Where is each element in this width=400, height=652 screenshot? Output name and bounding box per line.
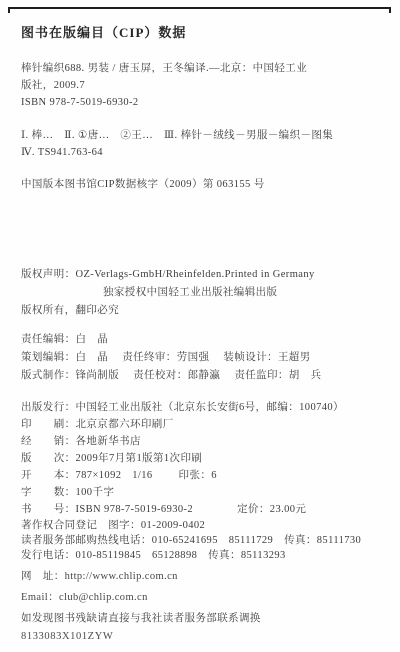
edition-line: 版 次：2009年7月第1版第1次印刷 — [21, 450, 386, 467]
cip-description-line2: 版社，2009.7 — [21, 77, 386, 94]
registration-line: 著作权合同登记 图字：01-2009-0402 — [21, 518, 386, 533]
book-number-value: 书 号：ISBN 978-7-5019-6930-2 — [21, 501, 193, 518]
print-supervisor: 责任监印：胡 兵 — [234, 367, 321, 385]
replacement-notice: 如发现图书残缺请直接与我社读者服务部联系调换 — [21, 608, 386, 629]
contact-block: 著作权合同登记 图字：01-2009-0402 读者服务部邮购热线电话：010-… — [21, 518, 386, 563]
distribution-phone: 发行电话：010-85119845 65128898 传真：85113293 — [21, 548, 386, 563]
proofreader: 责任校对：郎静瀛 — [133, 367, 220, 385]
printer-line: 印 刷：北京京都六环印刷厂 — [21, 416, 386, 433]
book-copyright-page: 图书在版编目（CIP）数据 棒针编织688. 男装 / 唐玉屏，王冬编译.—北京… — [0, 0, 400, 652]
colophon-block: 出版发行：中国轻工业出版社（北京东长安街6号，邮编：100740） 印 刷：北京… — [21, 399, 386, 563]
web-contact-block: 网 址：http://www.chlip.com.cn Email：club@c… — [21, 566, 386, 644]
cip-classification-block: Ⅰ. 棒… Ⅱ. ①唐… ②王… Ⅲ. 棒针－绒线－男服－编织－图集 Ⅳ. TS… — [21, 127, 386, 161]
chief-editor: 责任编辑：白 晶 — [21, 331, 108, 349]
price-value: 定价：23.00元 — [237, 501, 306, 518]
print-code: 8133083X101ZYW — [21, 629, 386, 644]
email-line: Email：club@chlip.com.cn — [21, 587, 386, 608]
copyright-authorization: 独家授权中国轻工业出版社编辑出版 — [21, 284, 386, 302]
rule-right-tick — [389, 9, 391, 13]
copyright-notice: 版权声明：OZ-Verlags-GmbH/Rheinfelden.Printed… — [21, 266, 386, 284]
mail-order-hotline: 读者服务部邮购热线电话：010-65241695 85111729 传真：851… — [21, 533, 386, 548]
book-number-line: 书 号：ISBN 978-7-5019-6930-2 定价：23.00元 — [21, 501, 386, 518]
staff-row-3: 版式制作：锋尚制版 责任校对：郎静瀛 责任监印：胡 兵 — [21, 367, 386, 385]
layout-maker: 版式制作：锋尚制版 — [21, 367, 119, 385]
staff-row-2: 策划编辑：白 晶 责任终审：劳国强 装帧设计：王超男 — [21, 349, 386, 367]
cip-heading: 图书在版编目（CIP）数据 — [21, 24, 386, 42]
classification-line2: Ⅳ. TS941.763-64 — [21, 144, 386, 161]
word-count-line: 字 数：100千字 — [21, 484, 386, 501]
rights-reserved: 版权所有，翻印必究 — [21, 302, 386, 320]
format-line: 开 本：787×1092 1/16 印张：6 — [21, 467, 386, 484]
rule-left-tick — [8, 9, 10, 13]
classification-line1: Ⅰ. 棒… Ⅱ. ①唐… ②王… Ⅲ. 棒针－绒线－男服－编织－图集 — [21, 127, 386, 144]
distributor-line: 经 销：各地新华书店 — [21, 433, 386, 450]
cip-description-line1: 棒针编织688. 男装 / 唐玉屏，王冬编译.—北京：中国轻工业 — [21, 60, 386, 77]
final-reviewer: 责任终审：劳国强 — [122, 349, 209, 367]
copyright-notice-block: 版权声明：OZ-Verlags-GmbH/Rheinfelden.Printed… — [21, 266, 386, 320]
isbn-line: ISBN 978-7-5019-6930-2 — [21, 94, 386, 111]
sheets-value: 印张：6 — [179, 467, 217, 484]
top-border-rule — [8, 7, 391, 9]
cip-record-number: 中国版本图书馆CIP数据核字（2009）第 063155 号 — [21, 176, 386, 193]
planning-editor: 策划编辑：白 晶 — [21, 349, 108, 367]
staff-credits-block: 责任编辑：白 晶 策划编辑：白 晶 责任终审：劳国强 装帧设计：王超男 版式制作… — [21, 331, 386, 385]
website-line: 网 址：http://www.chlip.com.cn — [21, 566, 386, 587]
cip-record-block: 中国版本图书馆CIP数据核字（2009）第 063155 号 — [21, 176, 386, 193]
binding-designer: 装帧设计：王超男 — [223, 349, 310, 367]
staff-row-1: 责任编辑：白 晶 — [21, 331, 386, 349]
publisher-line: 出版发行：中国轻工业出版社（北京东长安街6号，邮编：100740） — [21, 399, 386, 416]
format-value: 开 本：787×1092 1/16 — [21, 467, 153, 484]
cip-description-block: 棒针编织688. 男装 / 唐玉屏，王冬编译.—北京：中国轻工业 版社，2009… — [21, 60, 386, 111]
